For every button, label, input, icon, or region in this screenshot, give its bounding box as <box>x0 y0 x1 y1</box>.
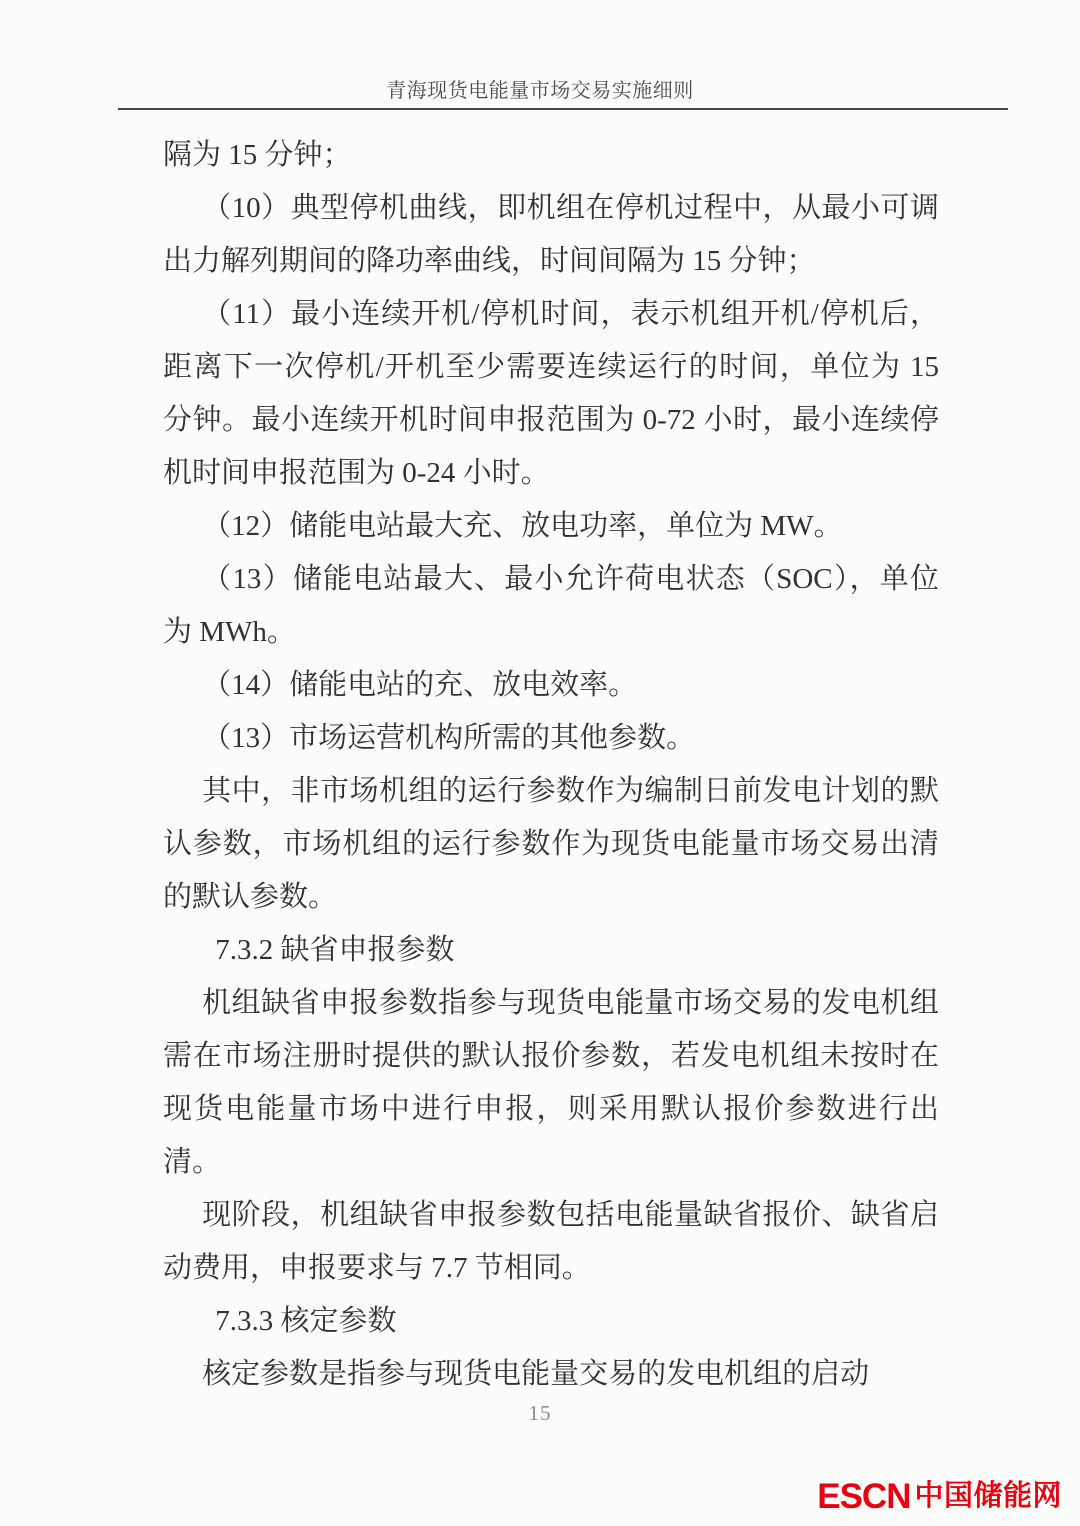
escn-logo: ESCN 中国储能网 <box>817 1479 1062 1514</box>
document-body: 隔为 15 分钟； （10）典型停机曲线，即机组在停机过程中，从最小可调出力解列… <box>163 129 939 1401</box>
section-heading-732: 7.3.2 缺省申报参数 <box>163 924 939 977</box>
paragraph-item-13: （13）储能电站最大、最小允许荷电状态（SOC），单位为 MWh。 <box>163 553 939 659</box>
paragraph-item-11: （11）最小连续开机/停机时间，表示机组开机/停机后，距离下一次停机/开机至少需… <box>163 288 939 500</box>
section-heading-733: 7.3.3 核定参数 <box>163 1295 939 1348</box>
header-title: 青海现货电能量市场交易实施细则 <box>0 78 1080 104</box>
paragraph-item-14: （14）储能电站的充、放电效率。 <box>163 659 939 712</box>
paragraph-item-12: （12）储能电站最大充、放电功率，单位为 MW。 <box>163 500 939 553</box>
logo-site-name: 中国储能网 <box>914 1482 1062 1511</box>
paragraph-item-13b: （13）市场运营机构所需的其他参数。 <box>163 712 939 765</box>
logo-escn-text: ESCN <box>817 1479 910 1514</box>
page-header: 青海现货电能量市场交易实施细则 <box>0 78 1080 110</box>
paragraph-verified-params: 核定参数是指参与现货电能量交易的发电机组的启动 <box>163 1348 939 1401</box>
document-page: 青海现货电能量市场交易实施细则 隔为 15 分钟； （10）典型停机曲线，即机组… <box>0 0 1080 1526</box>
paragraph-qizhong: 其中，非市场机组的运行参数作为编制日前发电计划的默认参数，市场机组的运行参数作为… <box>163 765 939 924</box>
paragraph-continuation: 隔为 15 分钟； <box>163 129 939 182</box>
paragraph-default-params: 机组缺省申报参数指参与现货电能量市场交易的发电机组需在市场注册时提供的默认报价参… <box>163 977 939 1189</box>
header-rule <box>118 108 1008 110</box>
paragraph-current-stage: 现阶段，机组缺省申报参数包括电能量缺省报价、缺省启动费用，申报要求与 7.7 节… <box>163 1189 939 1295</box>
paragraph-item-10: （10）典型停机曲线，即机组在停机过程中，从最小可调出力解列期间的降功率曲线，时… <box>163 182 939 288</box>
page-number: 15 <box>0 1401 1080 1426</box>
